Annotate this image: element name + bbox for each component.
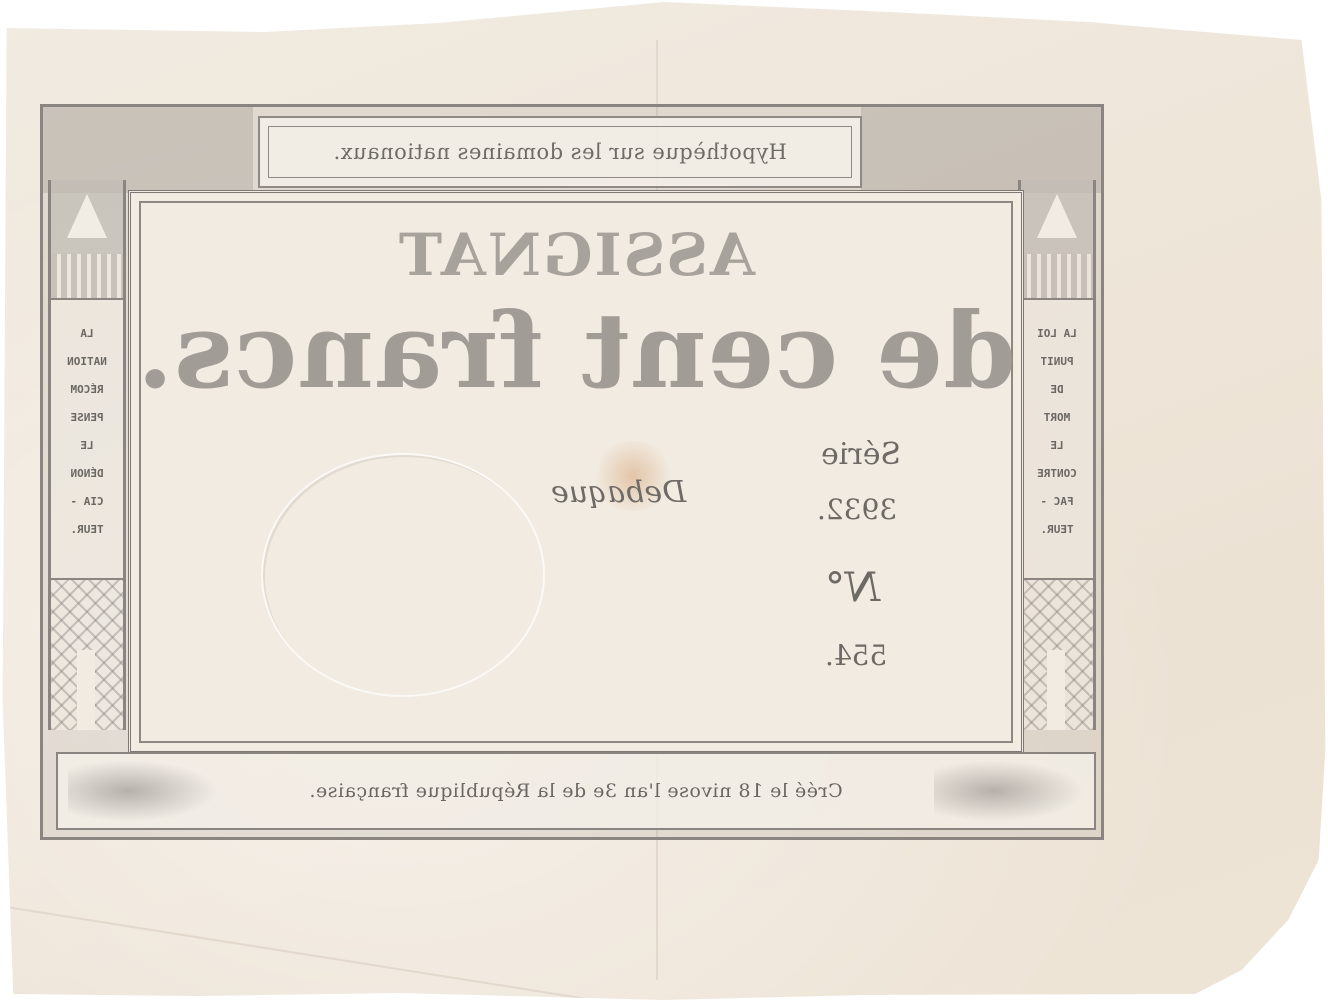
- right-pillar-text: LA LOI PUNIT DE MORT LE CONTRE FAC - TEU…: [1021, 320, 1093, 544]
- title-assignat: ASSIGNAT: [131, 221, 1021, 289]
- center-panel: ASSIGNAT de cent francs. Série 3932. Deb…: [128, 190, 1024, 754]
- title-denomination: de cent francs.: [131, 289, 1021, 412]
- left-pillar: LA NATION RÉCOM PENSE LE DÉNON CIA - TEU…: [48, 180, 126, 730]
- serie-label: Série: [821, 437, 901, 472]
- number-label: N°: [825, 565, 880, 611]
- left-pillar-text: LA NATION RÉCOM PENSE LE DÉNON CIA - TEU…: [51, 320, 123, 544]
- signature: Debaque: [551, 475, 686, 510]
- pillar-base-ornament: [51, 578, 123, 730]
- bottom-band: Créé le 18 nivose l'an 3e de la Républiq…: [56, 752, 1096, 830]
- right-pillar: LA LOI PUNIT DE MORT LE CONTRE FAC - TEU…: [1018, 180, 1096, 730]
- fold-crease-diagonal: [0, 905, 612, 1000]
- garland-ornament: [51, 254, 123, 300]
- top-band: Hypothèque sur les domaines nationaux.: [258, 116, 862, 188]
- serie-value: 3932.: [817, 493, 897, 526]
- number-value: 554.: [825, 639, 887, 672]
- pediment-ornament: [1021, 180, 1093, 254]
- garland-ornament: [1021, 254, 1093, 300]
- top-band-text: Hypothèque sur les domaines nationaux.: [333, 140, 787, 164]
- pillar-base-ornament: [1021, 578, 1093, 730]
- embossed-seal: [261, 453, 545, 697]
- bottom-band-text: Créé le 18 nivose l'an 3e de la Républiq…: [309, 780, 843, 802]
- pediment-ornament: [51, 180, 123, 254]
- banknote-paper: Hypothèque sur les domaines nationaux. L…: [0, 0, 1328, 1000]
